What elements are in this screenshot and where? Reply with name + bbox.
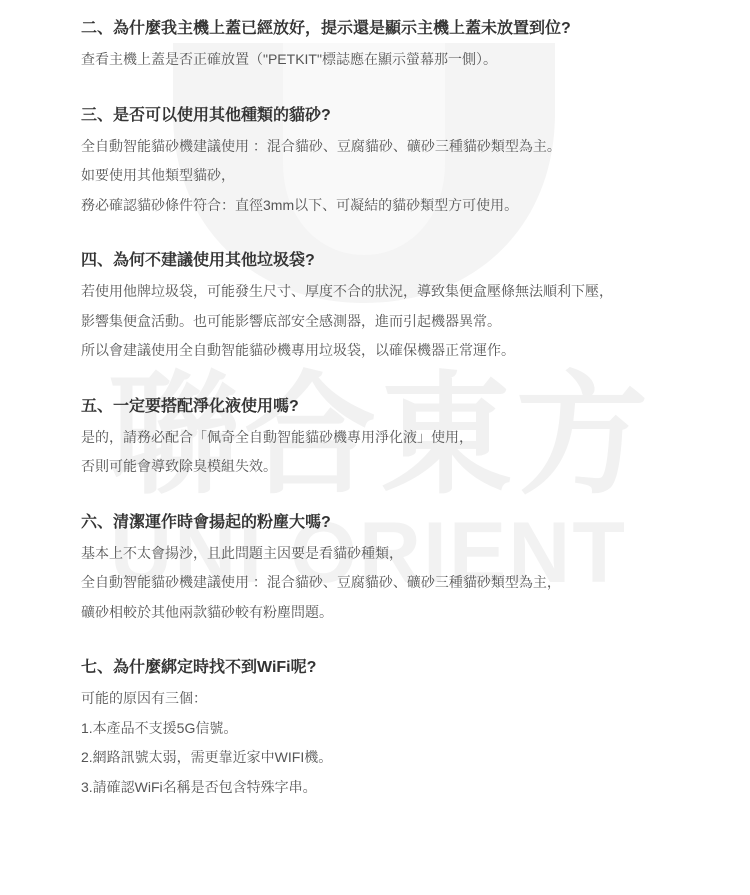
- faq-answer-line: 查看主機上蓋是否正確放置（"PETKIT"標誌應在顯示螢幕那一側）。: [81, 45, 750, 75]
- faq-item-5: 五、一定要搭配淨化液使用嗎? 是的，請務必配合「佩奇全自動智能貓砂機專用淨化液」…: [81, 394, 750, 482]
- faq-answer-line: 若使用他牌垃圾袋，可能發生尺寸、厚度不合的狀況，導致集便盒壓條無法順利下壓，: [81, 277, 750, 307]
- faq-answer-line: 礦砂相較於其他兩款貓砂較有粉塵問題。: [81, 598, 750, 628]
- faq-item-3: 三、是否可以使用其他種類的貓砂? 全自動智能貓砂機建議使用 ：混合貓砂、豆腐貓砂…: [81, 103, 750, 221]
- faq-answer-line: 所以會建議使用全自動智能貓砂機專用垃圾袋，以確保機器正常運作。: [81, 336, 750, 366]
- faq-question: 六、清潔運作時會揚起的粉塵大嗎?: [81, 510, 750, 536]
- faq-question: 四、為何不建議使用其他垃圾袋?: [81, 248, 750, 274]
- faq-answer-line: 基本上不太會揚沙，且此問題主因要是看貓砂種類，: [81, 539, 750, 569]
- faq-item-2: 二、為什麼我主機上蓋已經放好，提示還是顯示主機上蓋未放置到位? 查看主機上蓋是否…: [81, 16, 750, 75]
- faq-item-4: 四、為何不建議使用其他垃圾袋? 若使用他牌垃圾袋，可能發生尺寸、厚度不合的狀況，…: [81, 248, 750, 366]
- faq-answer-line: 否則可能會導致除臭模組失效。: [81, 452, 750, 482]
- faq-question: 五、一定要搭配淨化液使用嗎?: [81, 394, 750, 420]
- faq-question: 七、為什麼綁定時找不到WiFi呢?: [81, 655, 750, 681]
- faq-answer-line: 2.網路訊號太弱，需更靠近家中WIFI機。: [81, 743, 750, 773]
- faq-question: 三、是否可以使用其他種類的貓砂?: [81, 103, 750, 129]
- faq-answer-line: 全自動智能貓砂機建議使用 ：混合貓砂、豆腐貓砂、礦砂三種貓砂類型為主。: [81, 132, 750, 162]
- faq-answer-line: 是的，請務必配合「佩奇全自動智能貓砂機專用淨化液」使用，: [81, 423, 750, 453]
- faq-content: 二、為什麼我主機上蓋已經放好，提示還是顯示主機上蓋未放置到位? 查看主機上蓋是否…: [0, 0, 750, 802]
- faq-answer-line: 全自動智能貓砂機建議使用 ：混合貓砂、豆腐貓砂、礦砂三種貓砂類型為主，: [81, 568, 750, 598]
- faq-answer-line: 可能的原因有三個：: [81, 684, 750, 714]
- faq-answer-line: 影響集便盒活動。也可能影響底部安全感測器，進而引起機器異常。: [81, 307, 750, 337]
- faq-answer-line: 如要使用其他類型貓砂，: [81, 161, 750, 191]
- faq-answer-line: 務必確認貓砂條件符合：直徑3mm以下、可凝結的貓砂類型方可使用。: [81, 191, 750, 221]
- faq-item-7: 七、為什麼綁定時找不到WiFi呢? 可能的原因有三個： 1.本產品不支援5G信號…: [81, 655, 750, 802]
- faq-answer-line: 1.本產品不支援5G信號。: [81, 714, 750, 744]
- faq-answer-line: 3.請確認WiFi名稱是否包含特殊字串。: [81, 773, 750, 803]
- faq-item-6: 六、清潔運作時會揚起的粉塵大嗎? 基本上不太會揚沙，且此問題主因要是看貓砂種類，…: [81, 510, 750, 628]
- faq-question: 二、為什麼我主機上蓋已經放好，提示還是顯示主機上蓋未放置到位?: [81, 16, 750, 42]
